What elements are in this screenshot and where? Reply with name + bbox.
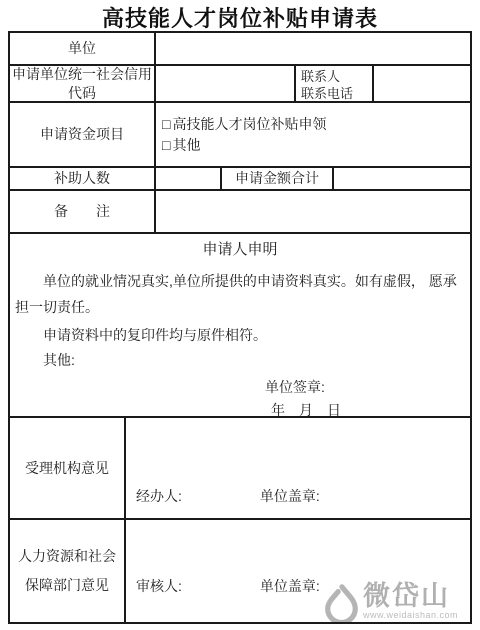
handler-label: 经办人: — [136, 486, 182, 506]
unit-seal-label: 单位盖章: — [260, 486, 320, 506]
accepting-agency-field: 经办人: 单位盖章: — [126, 418, 470, 518]
remark-value-field — [156, 191, 470, 232]
declaration-section: 申请人申明 单位的就业情况真实,单位所提供的申请资料真实。如有虚假， 愿承担一切… — [10, 234, 470, 416]
checkbox-option-subsidy[interactable]: □高技能人才岗位补贴申领 — [162, 114, 470, 135]
accepting-agency-label: 受理机构意见 — [10, 418, 126, 518]
amount-label: 申请金额合计 — [222, 168, 334, 189]
row-count-amount: 补助人数 申请金额合计 — [10, 168, 470, 191]
remark-label: 备 注 — [10, 191, 156, 232]
row-credit-code: 申请单位统一社会信用代码 联系人 联系电话 — [10, 66, 470, 103]
watermark-url: www.weidaishan.com — [363, 610, 458, 621]
credit-code-value-field — [156, 66, 296, 101]
checkbox-option-other[interactable]: □其他 — [162, 135, 470, 156]
credit-code-label: 申请单位统一社会信用代码 — [10, 66, 156, 101]
declaration-other-label: 其他: — [15, 348, 465, 372]
count-label: 补助人数 — [10, 168, 156, 189]
watermark: 微岱山 www.weidaishan.com — [322, 582, 458, 626]
row-project: 申请资金项目 □高技能人才岗位补贴申领 □其他 — [10, 103, 470, 168]
contact-phone-label: 联系电话 — [301, 85, 372, 102]
amount-value-field — [334, 168, 470, 189]
contact-value-field — [374, 66, 470, 101]
checkbox-option-label: 其他 — [172, 137, 200, 153]
unit-seal-label: 单位盖章: — [260, 576, 320, 596]
reviewer-label: 审核人: — [136, 576, 182, 596]
unit-value-field — [156, 33, 470, 64]
project-options: □高技能人才岗位补贴申领 □其他 — [156, 103, 470, 166]
count-value-field — [156, 168, 222, 189]
row-unit: 单位 — [10, 33, 470, 66]
checkbox-option-label: 高技能人才岗位补贴申领 — [172, 116, 326, 132]
declaration-heading: 申请人申明 — [15, 240, 465, 260]
watermark-brand: 微岱山 — [363, 582, 450, 610]
accepting-signature-line: 经办人: 单位盖章: — [126, 486, 470, 506]
row-declaration: 申请人申明 单位的就业情况真实,单位所提供的申请资料真实。如有虚假， 愿承担一切… — [10, 234, 470, 418]
declaration-paragraph-2: 申请资料中的复印件均与原件相符。 — [15, 323, 465, 347]
application-form-table: 单位 申请单位统一社会信用代码 联系人 联系电话 申请资金项目 □高技能人才岗位… — [8, 31, 472, 624]
declaration-paragraph-1: 单位的就业情况真实,单位所提供的申请资料真实。如有虚假， 愿承担一切责任。 — [15, 268, 465, 320]
unit-label: 单位 — [10, 33, 156, 64]
checkbox-icon[interactable]: □ — [162, 116, 170, 132]
project-label: 申请资金项目 — [10, 103, 156, 166]
unit-signature-label: 单位签章: — [265, 375, 465, 399]
water-drop-logo-icon — [322, 584, 360, 622]
row-accepting-agency: 受理机构意见 经办人: 单位盖章: — [10, 418, 470, 520]
checkbox-icon[interactable]: □ — [162, 137, 170, 153]
row-remark: 备 注 — [10, 191, 470, 234]
date-label: 年 月 日 — [271, 400, 465, 416]
contact-labels: 联系人 联系电话 — [296, 66, 374, 101]
application-form-page: 高技能人才岗位补贴申请表 单位 申请单位统一社会信用代码 联系人 联系电话 申请… — [0, 0, 480, 630]
hr-department-label: 人力资源和社会保障部门意见 — [10, 520, 126, 622]
watermark-text: 微岱山 www.weidaishan.com — [363, 582, 458, 621]
contact-label: 联系人 — [301, 68, 372, 85]
page-title: 高技能人才岗位补贴申请表 — [0, 2, 480, 33]
